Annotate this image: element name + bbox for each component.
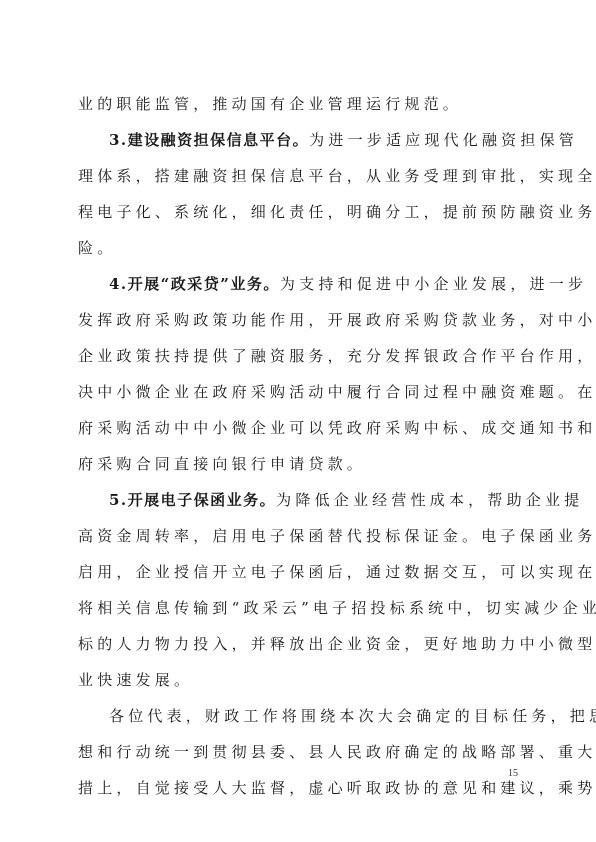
text-line: 府采购活动中中小微企业可以凭政府采购中标、成交通知书和政 <box>78 410 596 446</box>
text-line: 业快速发展。 <box>78 662 193 698</box>
text-line: 想和行动统一到贯彻县委、县人民政府确定的战略部署、重大举 <box>78 734 596 770</box>
text-line: 标的人力物力投入，并释放出企业资金，更好地助力中小微型企 <box>78 626 596 662</box>
text-line: 4.开展“政采贷”业务。为支持和促进中小企业发展，进一步 <box>78 266 587 302</box>
page-number: 15 <box>508 768 518 779</box>
text-line: 将相关信息传输到“政采云”电子招投标系统中，切实减少企业投 <box>78 590 596 626</box>
text-span: 为进一步适应现代化融资担保管 <box>309 131 578 149</box>
text-line: 企业政策扶持提供了融资服务，充分发挥银政合作平台作用，解 <box>78 338 596 374</box>
section-heading: 4.开展“政采贷”业务。 <box>109 275 280 293</box>
text-line: 5.开展电子保函业务。为降低企业经营性成本，帮助企业提 <box>78 482 583 518</box>
text-line: 启用，企业授信开立电子保函后，通过数据交互，可以实现在线 <box>78 554 596 590</box>
text-line: 各位代表，财政工作将围绕本次大会确定的目标任务，把思 <box>78 698 596 734</box>
text-span: 为支持和促进中小企业发展，进一步 <box>280 275 587 293</box>
text-line: 府采购合同直接向银行申请贷款。 <box>78 446 366 482</box>
section-heading: 3.建设融资担保信息平台。 <box>109 131 309 149</box>
text-line: 措上，自觉接受人大监督，虚心听取政协的意见和建议，乘势而 <box>78 770 596 806</box>
text-line: 理体系，搭建融资担保信息平台，从业务受理到审批，实现全过 <box>78 158 596 194</box>
text-line: 程电子化、系统化，细化责任，明确分工，提前预防融资业务风 <box>78 194 596 230</box>
text-line: 业的职能监管，推动国有企业管理运行规范。 <box>78 86 462 122</box>
text-line: 发挥政府采购政策功能作用，开展政府采购贷款业务，对中小微 <box>78 302 596 338</box>
text-span: 为降低企业经营性成本，帮助企业提 <box>276 491 583 509</box>
text-line: 3.建设融资担保信息平台。为进一步适应现代化融资担保管 <box>78 122 578 158</box>
text-line: 决中小微企业在政府采购活动中履行合同过程中融资难题。在政 <box>78 374 596 410</box>
text-line: 险。 <box>78 230 116 266</box>
text-line: 高资金周转率，启用电子保函替代投标保证金。电子保函业务的 <box>78 518 596 554</box>
section-heading: 5.开展电子保函业务。 <box>109 491 276 509</box>
